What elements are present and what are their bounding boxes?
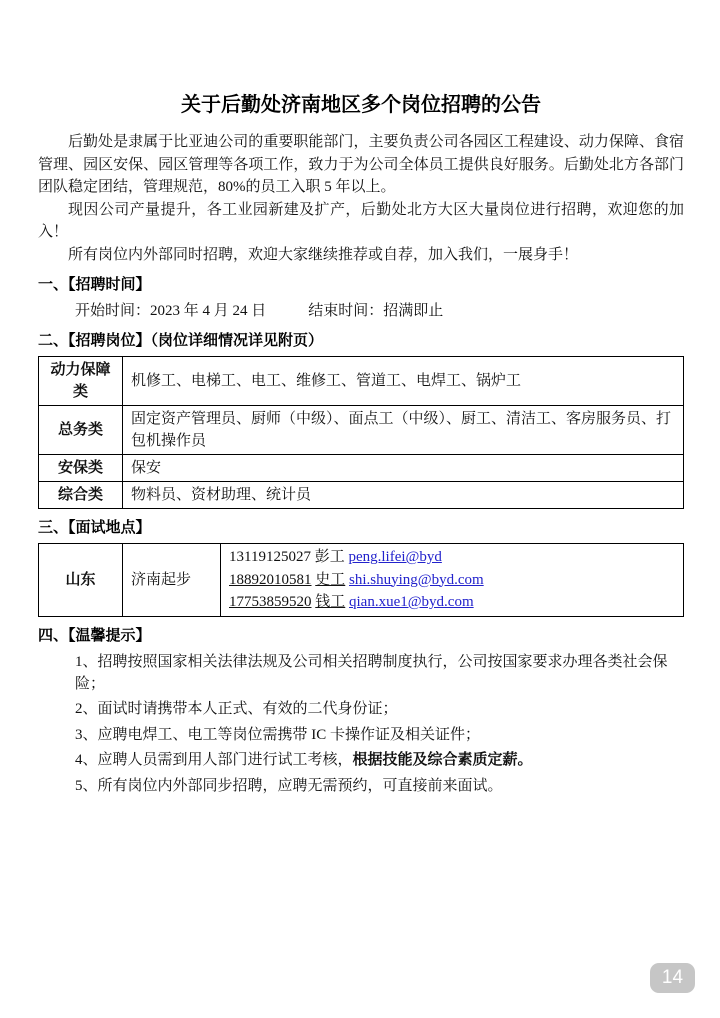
position-category: 安保类 xyxy=(39,455,123,482)
recruit-time-line: 开始时间：2023 年 4 月 24 日结束时间：招满即止 xyxy=(38,300,684,322)
tips-item-4-text: 4、应聘人员需到用人部门进行试工考核， xyxy=(75,752,353,768)
section-heading-positions: 二、【招聘岗位】（岗位详细情况详见附页） xyxy=(38,330,684,351)
positions-table: 动力保障类 机修工、电梯工、电工、维修工、管道工、电焊工、锅炉工 总务类 固定资… xyxy=(38,356,684,509)
contact-line: 13119125027 彭工 peng.lifei@byd xyxy=(229,546,675,569)
tips-item-2: 2、面试时请携带本人正式、有效的二代身份证； xyxy=(38,698,684,720)
contact-email-link[interactable]: qian.xue1@byd.com xyxy=(349,594,474,610)
document-page: 关于后勤处济南地区多个岗位招聘的公告 后勤处是隶属于比亚迪公司的重要职能部门，主… xyxy=(0,0,720,1018)
contact-line: 17753859520 钱工 qian.xue1@byd.com xyxy=(229,591,675,614)
recruit-end-time: 结束时间：招满即止 xyxy=(308,303,443,319)
contact-phone: 17753859520 xyxy=(229,594,312,610)
table-row: 综合类 物料员、资材助理、统计员 xyxy=(39,482,684,509)
position-category: 总务类 xyxy=(39,406,123,455)
position-jobs: 保安 xyxy=(123,455,684,482)
position-jobs: 固定资产管理员、厨师（中级）、面点工（中级）、厨工、清洁工、客房服务员、打包机操… xyxy=(123,406,684,455)
table-row: 动力保障类 机修工、电梯工、电工、维修工、管道工、电焊工、锅炉工 xyxy=(39,357,684,406)
tips-item-3: 3、应聘电焊工、电工等岗位需携带 IC 卡操作证及相关证件； xyxy=(38,724,684,746)
contact-name: 彭工 xyxy=(315,549,345,565)
interview-location: 济南起步 xyxy=(123,544,221,617)
intro-paragraph-3: 所有岗位内外部同时招聘，欢迎大家继续推荐或自荐，加入我们，一展身手！ xyxy=(38,244,684,267)
document-content: 关于后勤处济南地区多个岗位招聘的公告 后勤处是隶属于比亚迪公司的重要职能部门，主… xyxy=(0,0,720,797)
intro-paragraph-1: 后勤处是隶属于比亚迪公司的重要职能部门，主要负责公司各园区工程建设、动力保障、食… xyxy=(38,131,684,199)
tips-item-5: 5、所有岗位内外部同步招聘，应聘无需预约，可直接前来面试。 xyxy=(38,775,684,797)
section-heading-tips: 四、【温馨提示】 xyxy=(38,625,684,646)
table-row: 总务类 固定资产管理员、厨师（中级）、面点工（中级）、厨工、清洁工、客房服务员、… xyxy=(39,406,684,455)
contact-name: 钱工 xyxy=(315,594,345,610)
tips-item-4: 4、应聘人员需到用人部门进行试工考核，根据技能及综合素质定薪。 xyxy=(38,749,684,771)
interview-province: 山东 xyxy=(39,544,123,617)
table-row: 山东 济南起步 13119125027 彭工 peng.lifei@byd 18… xyxy=(39,544,684,617)
contact-phone: 18892010581 xyxy=(229,572,312,588)
section-heading-recruit-time: 一、【招聘时间】 xyxy=(38,274,684,295)
tips-item-4-bold: 根据技能及综合素质定薪。 xyxy=(353,751,533,768)
contact-name: 史工 xyxy=(315,572,345,588)
interview-contacts: 13119125027 彭工 peng.lifei@byd 1889201058… xyxy=(221,544,684,617)
position-category: 动力保障类 xyxy=(39,357,123,406)
position-category: 综合类 xyxy=(39,482,123,509)
contact-email-link[interactable]: shi.shuying@byd.com xyxy=(349,572,484,588)
page-number-badge: 14 xyxy=(650,963,695,993)
section-heading-interview: 三、【面试地点】 xyxy=(38,517,684,538)
contact-email-link[interactable]: peng.lifei@byd xyxy=(348,549,441,565)
intro-paragraph-2: 现因公司产量提升，各工业园新建及扩产，后勤处北方大区大量岗位进行招聘，欢迎您的加… xyxy=(38,199,684,244)
page-title: 关于后勤处济南地区多个岗位招聘的公告 xyxy=(38,88,684,117)
recruit-start-time: 开始时间：2023 年 4 月 24 日 xyxy=(75,303,266,319)
position-jobs: 机修工、电梯工、电工、维修工、管道工、电焊工、锅炉工 xyxy=(123,357,684,406)
table-row: 安保类 保安 xyxy=(39,455,684,482)
contact-line: 18892010581 史工 shi.shuying@byd.com xyxy=(229,569,675,592)
interview-table: 山东 济南起步 13119125027 彭工 peng.lifei@byd 18… xyxy=(38,543,684,617)
tips-item-1: 1、招聘按照国家相关法律法规及公司相关招聘制度执行，公司按国家要求办理各类社会保… xyxy=(38,651,684,695)
position-jobs: 物料员、资材助理、统计员 xyxy=(123,482,684,509)
contact-phone: 13119125027 xyxy=(229,549,311,565)
